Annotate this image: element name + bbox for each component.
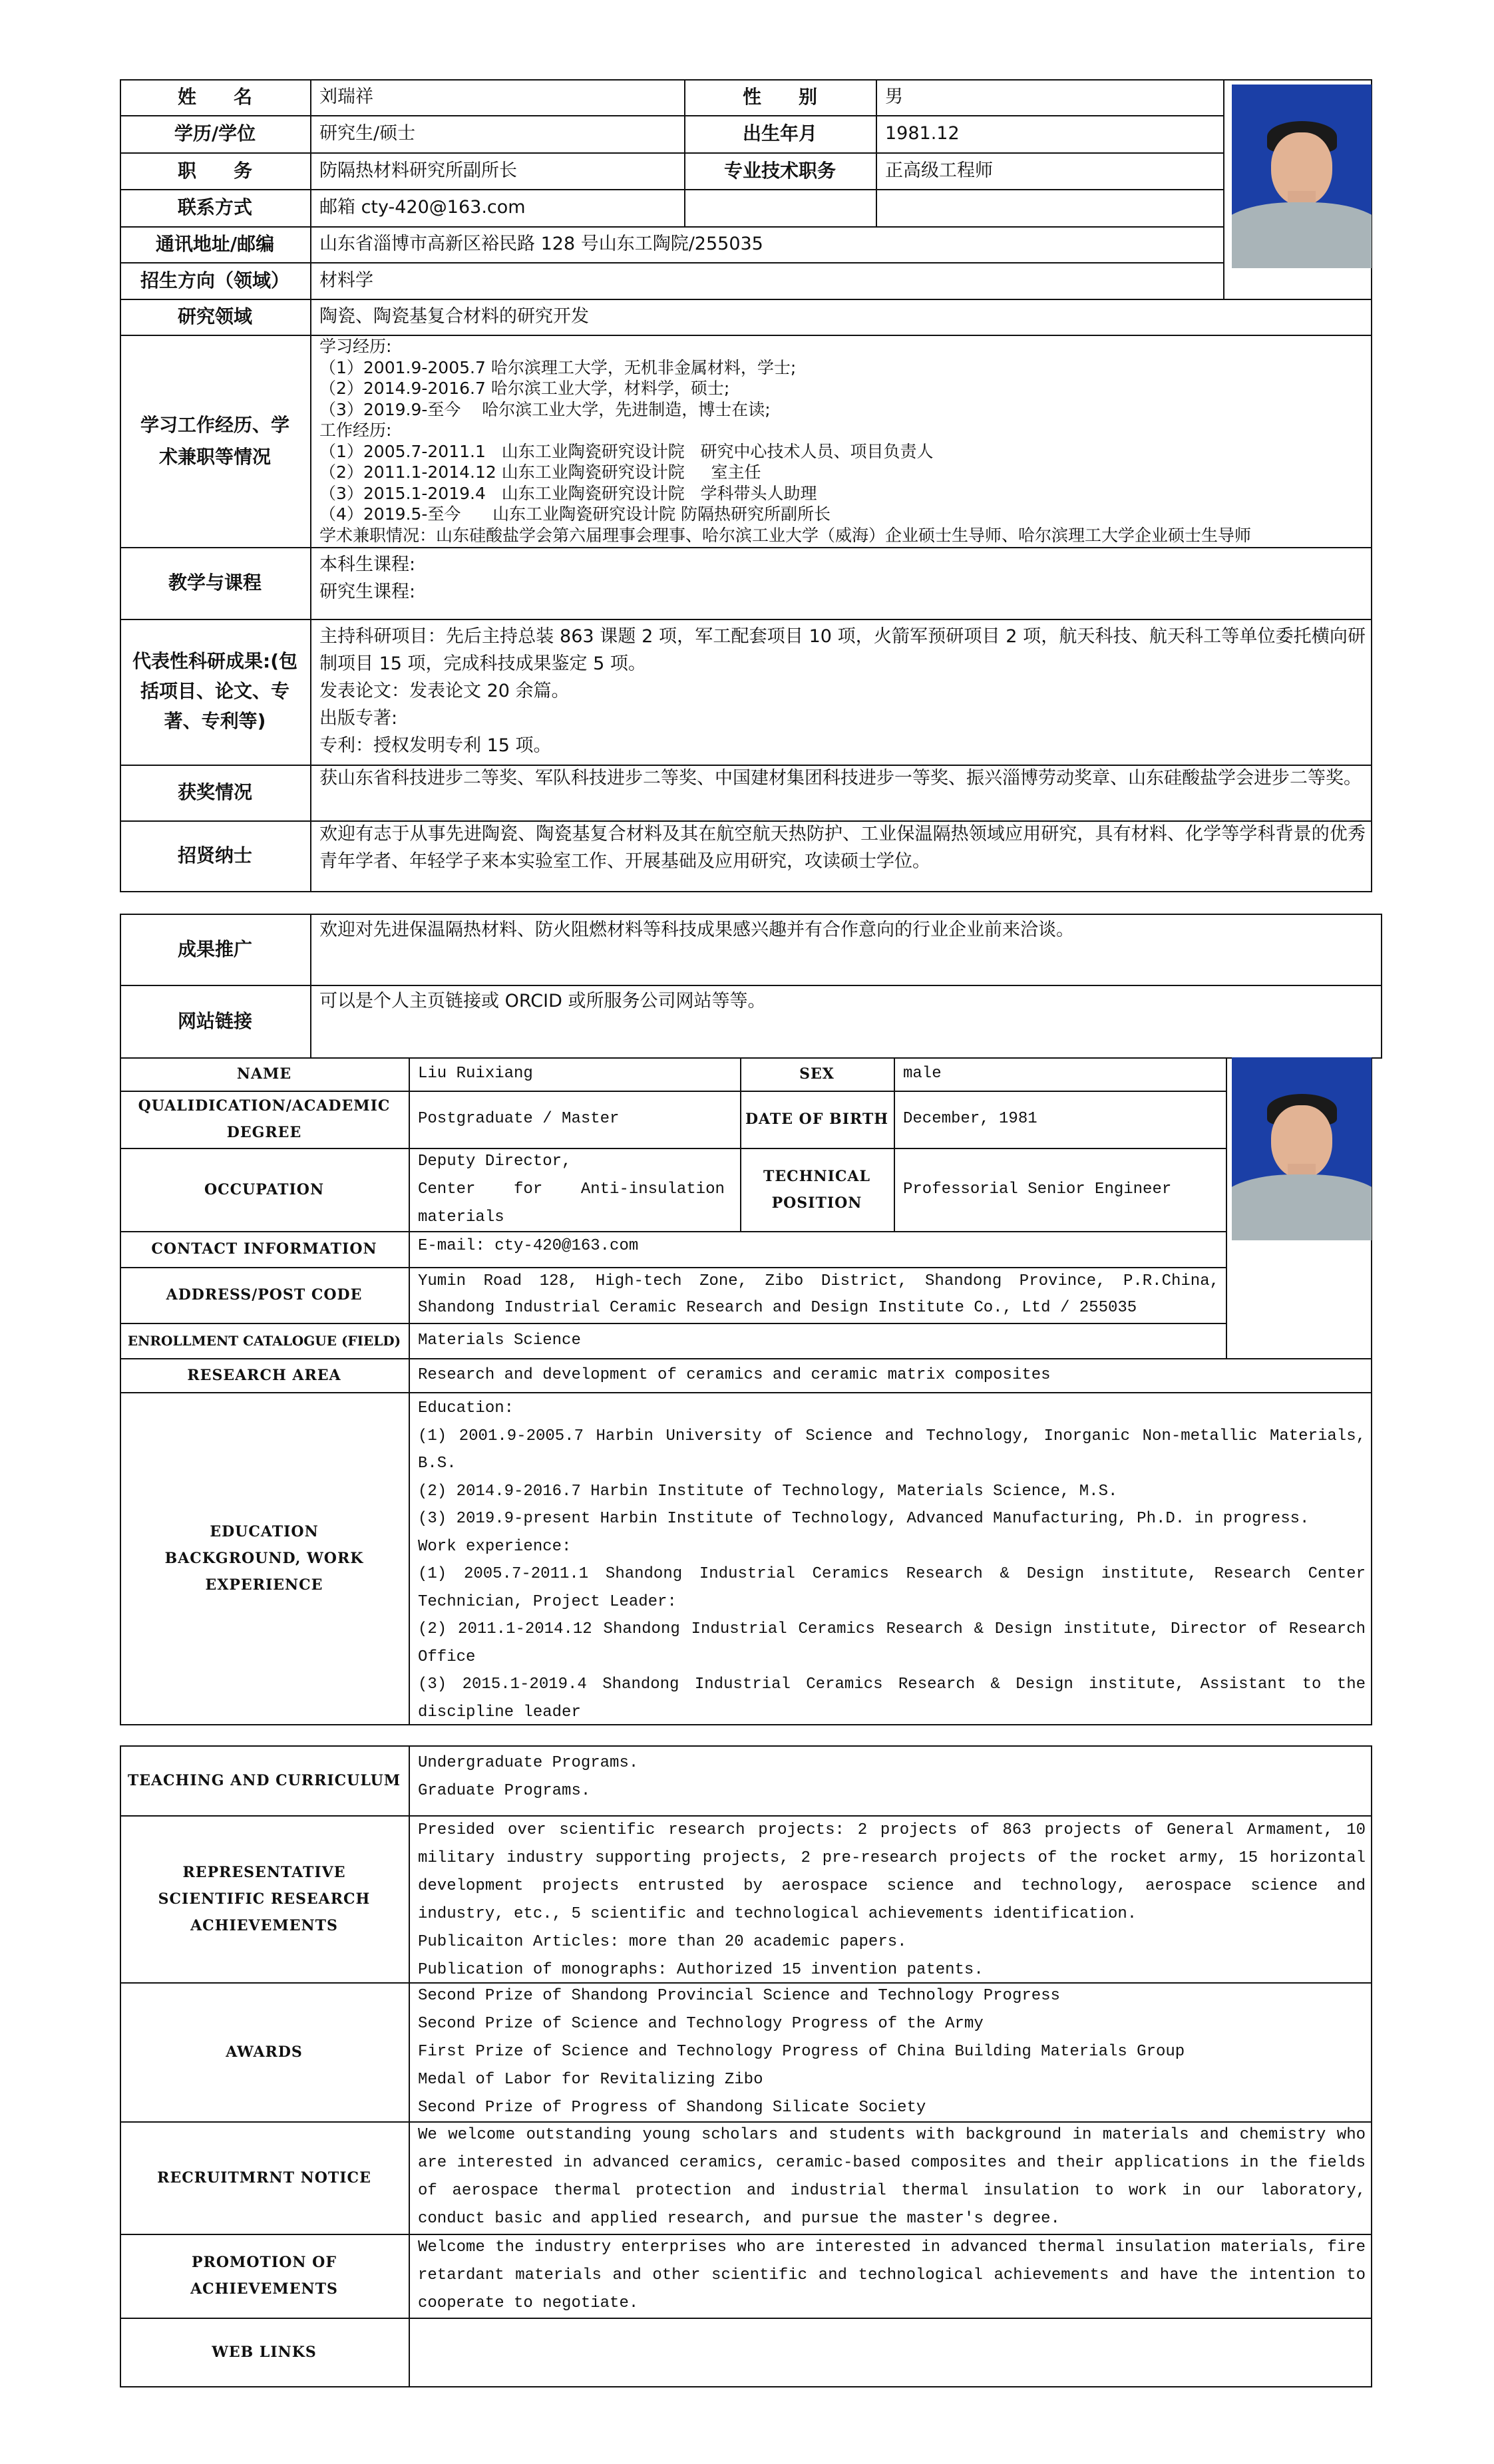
- en-experience-label: EDUCATION BACKGROUND, WORK EXPERIENCE: [120, 1392, 409, 1724]
- en-links-value[interactable]: [409, 2318, 1372, 2386]
- en-enroll-value: Materials Science: [409, 1323, 1226, 1358]
- achievements-list: 主持科研项目：先后主持总装 863 课题 2 项，军工配套项目 10 项，火箭军…: [310, 619, 1372, 765]
- list-line: 主持科研项目：先后主持总装 863 课题 2 项，军工配套项目 10 项，火箭军…: [319, 623, 1366, 677]
- en-achievements-list: Presided over scientific research projec…: [409, 1815, 1372, 1982]
- achievements-label: 代表性科研成果:(包括项目、论文、专著、专利等): [120, 619, 310, 765]
- awards-label: 获奖情况: [120, 765, 310, 820]
- experience-list: 学习经历:（1）2001.9-2005.7 哈尔滨理工大学，无机非金属材料，学士…: [310, 335, 1372, 547]
- birth-label: 出生年月: [684, 115, 876, 152]
- en-degree-label: QUALIDICATION/ACADEMIC DEGREE: [120, 1091, 409, 1148]
- list-line: Undergraduate Programs.: [418, 1749, 638, 1777]
- degree-value: 研究生/硕士: [310, 115, 684, 152]
- en-promotion-value: Welcome the industry enterprises who are…: [409, 2234, 1372, 2318]
- address-value: 山东省淄博市高新区裕民路 128 号山东工陶院/255035: [310, 226, 1223, 262]
- list-line: 学术兼职情况：山东硅酸盐学会第六届理事会理事、哈尔滨工业大学（威海）企业硕士生导…: [319, 525, 1251, 546]
- en-awards-list: Second Prize of Shandong Provincial Scie…: [409, 1982, 1372, 2121]
- en-teaching-list: Undergraduate Programs.Graduate Programs…: [409, 1745, 1372, 1815]
- en-research-label: RESEARCH AREA: [120, 1358, 409, 1392]
- portrait-photo-en: [1232, 1057, 1372, 1240]
- awards-value: 获山东省科技进步二等奖、军队科技进步二等奖、中国建材集团科技进步一等奖、振兴淄博…: [310, 765, 1372, 820]
- list-line: Work experience:: [418, 1533, 571, 1561]
- list-line: Deputy Director,: [418, 1148, 571, 1176]
- list-line: Publicaiton Articles: more than 20 acade…: [418, 1928, 907, 1956]
- name-value: 刘瑞祥: [310, 79, 684, 115]
- en-address-label: ADDRESS/POST CODE: [120, 1267, 409, 1323]
- list-line: 学习经历:: [319, 336, 391, 357]
- en-sex-value: male: [894, 1057, 1226, 1091]
- en-achievements-label: REPRESENTATIVE SCIENTIFIC RESEARCH ACHIE…: [120, 1815, 409, 1982]
- list-line: (3) 2019.9-present Harbin Institute of T…: [418, 1505, 1309, 1533]
- en-technical-value: Professorial Senior Engineer: [894, 1148, 1226, 1231]
- en-name-label: NAME: [120, 1057, 409, 1091]
- name-label: 姓 名: [120, 79, 310, 115]
- list-line: materials: [418, 1204, 504, 1232]
- list-line: 出版专著:: [319, 705, 397, 732]
- list-line: (1) 2005.7-2011.1 Shandong Industrial Ce…: [418, 1560, 1366, 1616]
- en-contact-email-link[interactable]: E-mail: cty-420@163.com: [409, 1231, 1226, 1267]
- list-line: Second Prize of Science and Technology P…: [418, 2010, 984, 2038]
- en-contact-label: CONTACT INFORMATION: [120, 1231, 409, 1267]
- sex-label: 性 别: [684, 79, 876, 115]
- position-value: 防隔热材料研究所副所长: [310, 152, 684, 189]
- contact-label: 联系方式: [120, 189, 310, 226]
- list-line: （2）2014.9-2016.7 哈尔滨工业大学，材料学，硕士;: [319, 378, 729, 399]
- links-value[interactable]: 可以是个人主页链接或 ORCID 或所服务公司网站等等。: [310, 985, 1382, 1057]
- experience-label: 学习工作经历、学术兼职等情况: [120, 335, 310, 547]
- en-sex-label: SEX: [740, 1057, 894, 1091]
- list-line: 专利：授权发明专利 15 项。: [319, 732, 552, 759]
- enroll-label: 招生方向（领域）: [120, 262, 310, 299]
- birth-value: 1981.12: [876, 115, 1223, 152]
- list-line: (3) 2015.1-2019.4 Shandong Industrial Ce…: [418, 1671, 1366, 1724]
- list-line: （1）2005.7-2011.1 山东工业陶瓷研究设计院 研究中心技术人员、项目…: [319, 441, 934, 462]
- list-line: （1）2001.9-2005.7 哈尔滨理工大学，无机非金属材料，学士;: [319, 357, 796, 379]
- promotion-label: 成果推广: [120, 914, 310, 985]
- list-line: Center for Anti-insulation: [418, 1176, 725, 1204]
- en-teaching-label: TEACHING AND CURRICULUM: [120, 1745, 409, 1815]
- en-research-value: Research and development of ceramics and…: [409, 1358, 1372, 1392]
- list-line: 发表论文：发表论文 20 余篇。: [319, 677, 570, 705]
- en-promotion-label: PROMOTION OF ACHIEVEMENTS: [120, 2234, 409, 2318]
- recruit-value: 欢迎有志于从事先进陶瓷、陶瓷基复合材料及其在航空航天热防护、工业保温隔热领域应用…: [310, 820, 1372, 891]
- en-enroll-label: ENROLLMENT CATALOGUE (FIELD): [120, 1323, 409, 1358]
- address-label: 通讯地址/邮编: [120, 226, 310, 262]
- en-links-label: WEB LINKS: [120, 2318, 409, 2386]
- promotion-value: 欢迎对先进保温隔热材料、防火阻燃材料等科技成果感兴趣并有合作意向的行业企业前来洽…: [310, 914, 1382, 985]
- recruit-label: 招贤纳士: [120, 820, 310, 891]
- list-line: （3）2015.1-2019.4 山东工业陶瓷研究设计院 学科带头人助理: [319, 483, 817, 504]
- contact-email-link[interactable]: 邮箱 cty-420@163.com: [310, 189, 1223, 226]
- en-recruit-value: We welcome outstanding young scholars an…: [409, 2121, 1372, 2234]
- en-degree-value: Postgraduate / Master: [409, 1091, 740, 1148]
- links-label: 网站链接: [120, 985, 310, 1057]
- en-birth-value: December, 1981: [894, 1091, 1226, 1148]
- portrait-photo: [1232, 85, 1372, 268]
- list-line: Medal of Labor for Revitalizing Zibo: [418, 2066, 763, 2094]
- en-name-value: Liu Ruixiang: [409, 1057, 740, 1091]
- en-technical-label: TECHNICAL POSITION: [740, 1148, 894, 1231]
- list-line: 研究生课程:: [319, 578, 415, 606]
- list-line: 工作经历:: [319, 420, 391, 441]
- list-line: Second Prize of Shandong Provincial Scie…: [418, 1982, 1060, 2010]
- en-experience-list: Education:(1) 2001.9-2005.7 Harbin Unive…: [409, 1392, 1372, 1724]
- title-value: 正高级工程师: [876, 152, 1223, 189]
- position-label: 职 务: [120, 152, 310, 189]
- list-line: (2) 2014.9-2016.7 Harbin Institute of Te…: [418, 1478, 1117, 1506]
- en-awards-label: AWARDS: [120, 1982, 409, 2121]
- list-line: (1) 2001.9-2005.7 Harbin University of S…: [418, 1423, 1366, 1478]
- en-birth-label: DATE OF BIRTH: [740, 1091, 894, 1148]
- list-line: First Prize of Science and Technology Pr…: [418, 2038, 1185, 2066]
- research-value: 陶瓷、陶瓷基复合材料的研究开发: [310, 299, 1372, 335]
- en-address-value: Yumin Road 128, High-tech Zone, Zibo Dis…: [409, 1267, 1226, 1323]
- list-line: 本科生课程:: [319, 551, 415, 578]
- list-line: Second Prize of Progress of Shandong Sil…: [418, 2094, 926, 2121]
- list-line: （3）2019.9-至今 哈尔滨工业大学，先进制造，博士在读;: [319, 399, 771, 421]
- teaching-label: 教学与课程: [120, 547, 310, 619]
- list-line: Publication of monographs: Authorized 15…: [418, 1956, 984, 1982]
- sex-value: 男: [876, 79, 1223, 115]
- en-occupation-label: OCCUPATION: [120, 1148, 409, 1231]
- title-label: 专业技术职务: [684, 152, 876, 189]
- list-line: (2) 2011.1-2014.12 Shandong Industrial C…: [418, 1616, 1366, 1671]
- en-recruit-label: RECRUITMRNT NOTICE: [120, 2121, 409, 2234]
- list-line: Education:: [418, 1395, 514, 1423]
- en-occupation-value: Deputy Director,Center for Anti-insulati…: [409, 1148, 740, 1231]
- enroll-value: 材料学: [310, 262, 1223, 299]
- list-line: （2）2011.1-2014.12 山东工业陶瓷研究设计院 室主任: [319, 462, 761, 483]
- list-line: Graduate Programs.: [418, 1777, 590, 1805]
- list-line: Presided over scientific research projec…: [418, 1817, 1366, 1928]
- teaching-list: 本科生课程:研究生课程:: [310, 547, 1372, 619]
- list-line: （4）2019.5-至今 山东工业陶瓷研究设计院 防隔热研究所副所长: [319, 504, 831, 525]
- research-label: 研究领域: [120, 299, 310, 335]
- degree-label: 学历/学位: [120, 115, 310, 152]
